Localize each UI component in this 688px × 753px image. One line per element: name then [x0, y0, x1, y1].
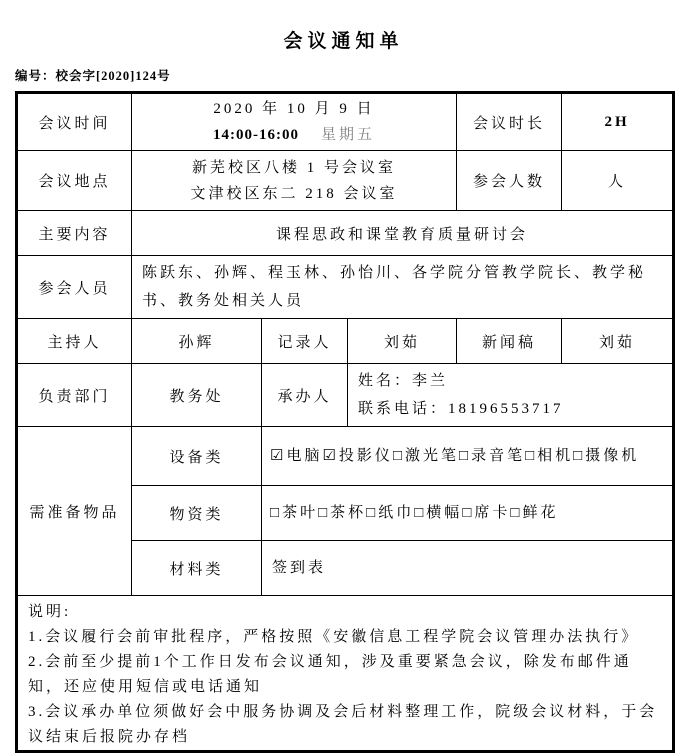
checkbox-item-label: 纸巾: [378, 505, 414, 521]
checkbox-item-label: 摄像机: [585, 448, 639, 464]
organizer-cell: 姓名：李兰 联系电话：18196553717: [348, 364, 674, 427]
location-line2: 文津校区东二 218 会议室: [132, 181, 456, 207]
recorder-label: 记录人: [262, 319, 348, 364]
news-label: 新闻稿: [457, 319, 562, 364]
notes-title: 说明:: [28, 600, 660, 625]
duration-label: 会议时长: [457, 93, 562, 151]
materials-items-cell: □茶叶□茶杯□纸巾□横幅□席卡□鲜花: [262, 486, 674, 541]
checkbox-item: □茶叶: [270, 499, 318, 527]
checkbox-item-label: 横幅: [426, 505, 462, 521]
attendee-count-value: 人: [562, 151, 674, 211]
participants-label: 参会人员: [17, 256, 132, 319]
note-item: 2.会前至少提前1个工作日发布会议通知，涉及重要紧急会议，除发布邮件通知，还应使…: [28, 650, 660, 700]
checkbox-unchecked-icon: □: [510, 505, 522, 521]
checkbox-item-label: 鲜花: [522, 505, 558, 521]
participants-row: 参会人员 陈跃东、孙辉、程玉林、孙怡川、各学院分管教学院长、教学秘书、教务处相关…: [17, 256, 674, 319]
location-cell: 新芜校区八楼 1 号会议室 文津校区东二 218 会议室: [132, 151, 457, 211]
weekday-value: 星期五: [321, 127, 375, 143]
document-page: 会议通知单 编号：校会字[2020]124号 会议时间 2020 年 10 月 …: [0, 0, 688, 735]
checkbox-item-label: 茶杯: [330, 505, 366, 521]
main-content-value: 课程思政和课堂教育质量研讨会: [132, 211, 674, 256]
checkbox-item-label: 录音笔: [471, 448, 525, 464]
host-row: 主持人 孙辉 记录人 刘茹 新闻稿 刘茹: [17, 319, 674, 364]
host-label: 主持人: [17, 319, 132, 364]
doc-number: 编号：校会字[2020]124号: [15, 66, 672, 84]
organizer-label: 承办人: [262, 364, 348, 427]
checkbox-item: ☑投影仪: [322, 442, 392, 470]
checkbox-item-label: 激光笔: [405, 448, 459, 464]
equipment-type-label: 设备类: [132, 427, 262, 486]
equipment-row: 需准备物品 设备类 ☑电脑☑投影仪□激光笔□录音笔□相机□摄像机: [17, 427, 674, 486]
checkbox-item-label: 茶叶: [282, 505, 318, 521]
checkbox-item-label: 投影仪: [339, 448, 393, 464]
checkbox-unchecked-icon: □: [393, 448, 405, 464]
duration-value: 2H: [562, 93, 674, 151]
organizer-name: 姓名：李兰: [358, 367, 662, 395]
supplies-label: 需准备物品: [17, 427, 132, 596]
location-row: 会议地点 新芜校区八楼 1 号会议室 文津校区东二 218 会议室 参会人数 人: [17, 151, 674, 211]
checkbox-item: □录音笔: [459, 442, 525, 470]
checkbox-item: □纸巾: [366, 499, 414, 527]
main-content-row: 主要内容 课程思政和课堂教育质量研讨会: [17, 211, 674, 256]
time-range-value: 14:00-16:00: [213, 127, 299, 143]
checkbox-item: ☑电脑: [270, 442, 322, 470]
checkbox-unchecked-icon: □: [414, 505, 426, 521]
checkbox-item: □鲜花: [510, 499, 558, 527]
checkbox-item-label: 相机: [537, 448, 573, 464]
meeting-time-cell: 2020 年 10 月 9 日 14:00-16:00星期五: [132, 93, 457, 151]
checkbox-checked-icon: ☑: [270, 448, 286, 464]
checkbox-unchecked-icon: □: [525, 448, 537, 464]
checkbox-unchecked-icon: □: [366, 505, 378, 521]
checkbox-item: □摄像机: [573, 442, 639, 470]
participants-value: 陈跃东、孙辉、程玉林、孙怡川、各学院分管教学院长、教学秘书、教务处相关人员: [132, 256, 674, 319]
recorder-value: 刘茹: [348, 319, 457, 364]
news-value: 刘茹: [562, 319, 674, 364]
department-label: 负责部门: [17, 364, 132, 427]
note-item: 3.会议承办单位须做好会中服务协调及会后材料整理工作，院级会议材料，于会议结束后…: [28, 700, 660, 750]
meeting-notice-table: 会议时间 2020 年 10 月 9 日 14:00-16:00星期五 会议时长…: [15, 91, 675, 753]
checkbox-item-label: 席卡: [474, 505, 510, 521]
checkbox-item-label: 电脑: [286, 448, 322, 464]
department-row: 负责部门 教务处 承办人 姓名：李兰 联系电话：18196553717: [17, 364, 674, 427]
location-label: 会议地点: [17, 151, 132, 211]
equipment-items-cell: ☑电脑☑投影仪□激光笔□录音笔□相机□摄像机: [262, 427, 674, 486]
main-content-label: 主要内容: [17, 211, 132, 256]
checkbox-item: □横幅: [414, 499, 462, 527]
organizer-phone: 联系电话：18196553717: [358, 395, 662, 423]
notes-row: 说明: 1.会议履行会前审批程序，严格按照《安徽信息工程学院会议管理办法执行》 …: [17, 596, 674, 752]
note-item: 1.会议履行会前审批程序，严格按照《安徽信息工程学院会议管理办法执行》: [28, 625, 660, 650]
notes-cell: 说明: 1.会议履行会前审批程序，严格按照《安徽信息工程学院会议管理办法执行》 …: [17, 596, 674, 752]
checkbox-item: □茶杯: [318, 499, 366, 527]
checkbox-unchecked-icon: □: [573, 448, 585, 464]
meeting-hours-line: 14:00-16:00星期五: [132, 122, 456, 148]
checkbox-unchecked-icon: □: [318, 505, 330, 521]
meeting-time-row: 会议时间 2020 年 10 月 9 日 14:00-16:00星期五 会议时长…: [17, 93, 674, 151]
page-title: 会议通知单: [15, 30, 672, 54]
checkbox-checked-icon: ☑: [322, 448, 338, 464]
attendee-count-label: 参会人数: [457, 151, 562, 211]
host-value: 孙辉: [132, 319, 262, 364]
documents-value: 签到表: [262, 541, 674, 596]
checkbox-unchecked-icon: □: [459, 448, 471, 464]
department-value: 教务处: [132, 364, 262, 427]
checkbox-unchecked-icon: □: [462, 505, 474, 521]
checkbox-item: □相机: [525, 442, 573, 470]
materials-type-label: 物资类: [132, 486, 262, 541]
checkbox-item: □席卡: [462, 499, 510, 527]
location-line1: 新芜校区八楼 1 号会议室: [132, 155, 456, 181]
documents-type-label: 材料类: [132, 541, 262, 596]
checkbox-unchecked-icon: □: [270, 505, 282, 521]
meeting-time-label: 会议时间: [17, 93, 132, 151]
meeting-date-value: 2020 年 10 月 9 日: [132, 96, 456, 122]
checkbox-item: □激光笔: [393, 442, 459, 470]
